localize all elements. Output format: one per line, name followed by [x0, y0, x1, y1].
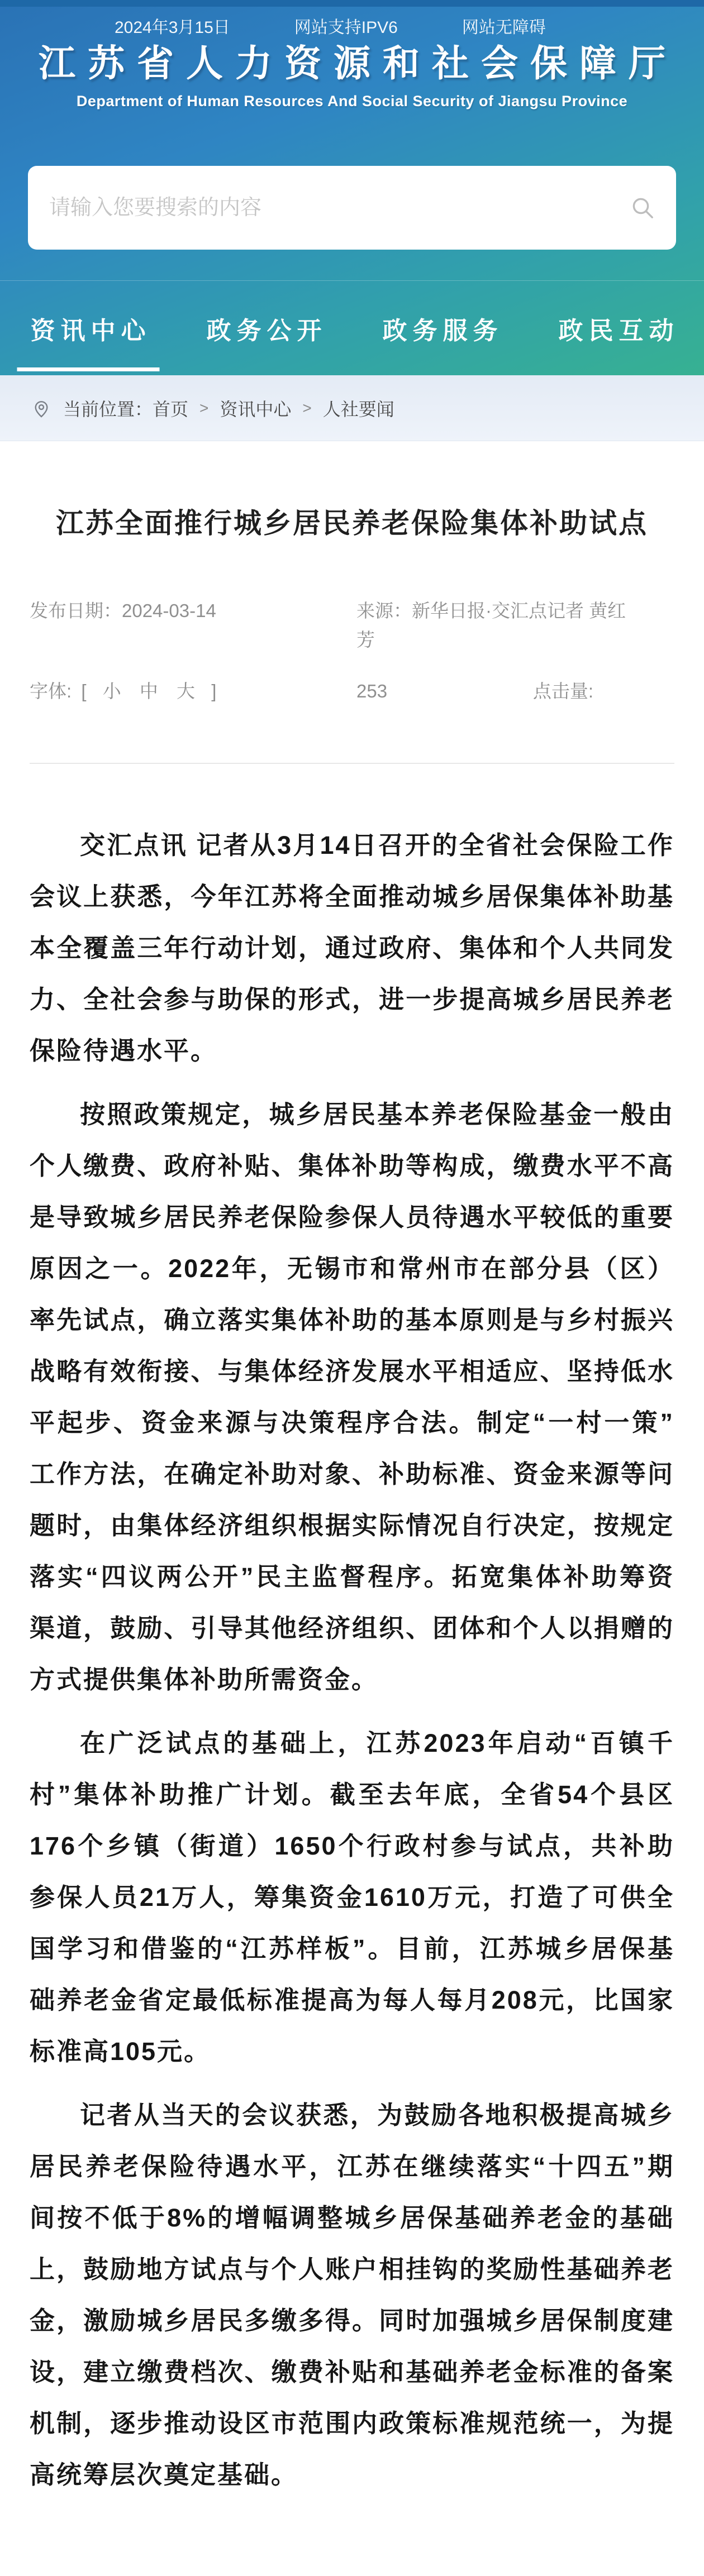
- publish-date-cell: 发布日期：2024-03-14: [30, 596, 356, 654]
- nav-item-news-center[interactable]: 资讯中心: [0, 281, 176, 375]
- site-subtitle-en: Department of Human Resources And Social…: [0, 93, 704, 110]
- font-bracket-open: [: [81, 681, 86, 701]
- font-medium-button[interactable]: 中: [140, 681, 158, 701]
- paragraph: 记者从当天的会议获悉，为鼓励各地积极提高城乡居民养老保险待遇水平，江苏在继续落实…: [30, 2090, 674, 2501]
- article: 江苏全面推行城乡居民养老保险集体补助试点 发布日期：2024-03-14 来源：…: [0, 495, 704, 2501]
- hits-count: 253: [356, 677, 387, 706]
- nav-item-label: 政民互动: [553, 310, 679, 346]
- paragraph: 按照政策规定，城乡居民基本养老保险基金一般由个人缴费、政府补贴、集体补助等构成，…: [30, 1089, 674, 1705]
- article-meta: 发布日期：2024-03-14 来源：新华日报·交汇点记者 黄红芳 字体: [ …: [30, 596, 674, 764]
- nav-item-label: 资讯中心: [25, 310, 151, 346]
- paragraph: 交汇点讯 记者从3月14日召开的全省社会保险工作会议上获悉，今年江苏将全面推动城…: [30, 820, 674, 1077]
- location-pin-icon: [31, 398, 52, 419]
- nav-item-public-interaction[interactable]: 政民互动: [528, 281, 704, 375]
- font-small-button[interactable]: 小: [103, 681, 121, 701]
- site-header: 2024年3月15日 网站支持IPV6 网站无障碍 江苏省人力资源和社会保障厅 …: [0, 0, 704, 375]
- breadcrumb-home[interactable]: 首页: [153, 395, 188, 421]
- breadcrumb-current[interactable]: 人社要闻: [323, 395, 394, 421]
- publish-date-value: 2024-03-14: [122, 600, 216, 621]
- search-input[interactable]: [48, 195, 629, 221]
- font-large-button[interactable]: 大: [177, 681, 195, 701]
- source-cell: 来源：新华日报·交汇点记者 黄红芳: [356, 596, 643, 654]
- breadcrumb-news-center[interactable]: 资讯中心: [220, 395, 291, 421]
- paragraph: 在广泛试点的基础上，江苏2023年启动“百镇千村”集体补助推广计划。截至去年底，…: [30, 1718, 674, 2077]
- top-accent-strip: [0, 0, 704, 7]
- search-button[interactable]: [629, 194, 656, 221]
- article-title: 江苏全面推行城乡居民养老保险集体补助试点: [39, 495, 665, 552]
- source-label: 来源：: [356, 600, 412, 621]
- breadcrumb: 当前位置： 首页 > 资讯中心 > 人社要闻: [0, 375, 704, 441]
- main-nav: 资讯中心 政务公开 政务服务 政民互动: [0, 280, 704, 375]
- hits-cell: 253 点击量:: [356, 677, 674, 706]
- accessibility-link[interactable]: 网站无障碍: [462, 13, 546, 38]
- font-bracket-close: ]: [211, 681, 216, 701]
- search-icon: [629, 194, 656, 221]
- nav-item-label: 政务公开: [201, 310, 327, 346]
- current-date: 2024年3月15日: [115, 13, 230, 38]
- site-title: 江苏省人力资源和社会保障厅: [0, 42, 704, 84]
- search-bar: [28, 166, 676, 250]
- nav-item-gov-services[interactable]: 政务服务: [352, 281, 528, 375]
- article-body: 交汇点讯 记者从3月14日召开的全省社会保险工作会议上获悉，今年江苏将全面推动城…: [30, 820, 674, 2501]
- hits-label: 点击量:: [533, 677, 593, 706]
- meta-row-1: 发布日期：2024-03-14 来源：新华日报·交汇点记者 黄红芳: [30, 596, 674, 654]
- ipv6-link[interactable]: 网站支持IPV6: [294, 13, 398, 38]
- topbar: 2024年3月15日 网站支持IPV6 网站无障碍: [0, 7, 704, 38]
- font-size-control: 字体: [ 小 中 大 ]: [30, 677, 356, 706]
- publish-date-label: 发布日期：: [30, 600, 122, 621]
- active-tab-underline: [17, 367, 159, 371]
- font-size-label: 字体:: [30, 681, 72, 701]
- breadcrumb-separator: >: [199, 399, 208, 417]
- nav-item-gov-disclosure[interactable]: 政务公开: [176, 281, 352, 375]
- meta-row-2: 字体: [ 小 中 大 ] 253 点击量:: [30, 677, 674, 706]
- breadcrumb-separator: >: [302, 399, 311, 417]
- nav-item-label: 政务服务: [377, 310, 503, 346]
- page: 2024年3月15日 网站支持IPV6 网站无障碍 江苏省人力资源和社会保障厅 …: [0, 0, 704, 2576]
- breadcrumb-label: 当前位置：: [63, 395, 153, 421]
